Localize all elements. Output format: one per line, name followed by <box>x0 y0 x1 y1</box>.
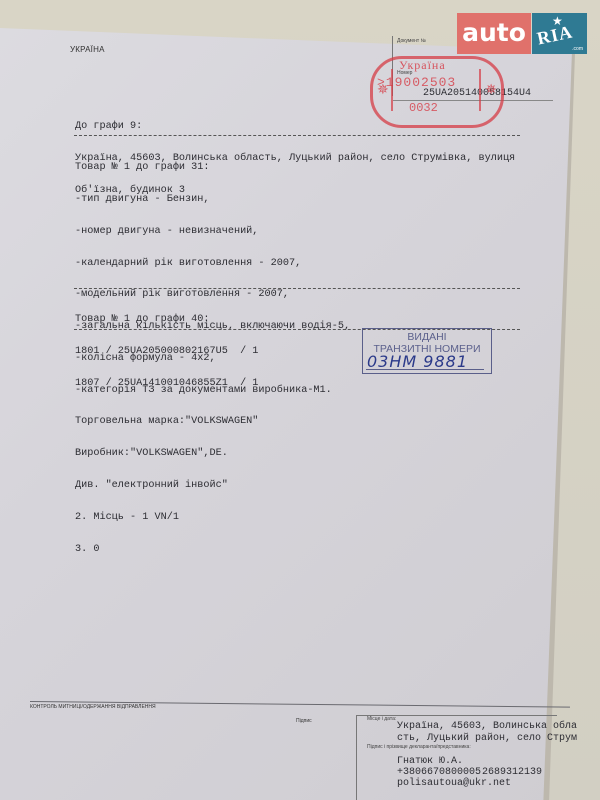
text-line: 2. Місць - 1 VN/1 <box>75 513 350 524</box>
text-line: 3. 0 <box>75 545 350 556</box>
text-line: -номер двигуна - невизначений, <box>75 227 350 238</box>
trident-icon: ✵ <box>485 81 497 98</box>
text-line: -тип двигуна - Бензин, <box>75 195 350 206</box>
underline <box>366 369 484 370</box>
text-line: 1807 / 25UA141001046855Z1 / 1 <box>75 379 258 390</box>
section-heading: До графи 9: <box>75 122 515 133</box>
stamp-code-value: 19002503 <box>386 75 456 90</box>
dashed-divider <box>74 135 520 136</box>
address-line: Україна, 45603, Волинська обла <box>397 721 577 732</box>
section-heading: Товар № 1 до графи 31: <box>75 163 350 174</box>
signature-label: Підпис <box>296 718 312 724</box>
place-date-label: Місце і дата: <box>367 716 396 722</box>
transit-numbers-stamp: ВИДАНІ ТРАНЗИТНІ НОМЕРИ 03НМ 9881 <box>362 328 492 374</box>
customs-control-label: КОНТРОЛЬ МИТНИЦІ/ОДЕРЖАННЯ ВІДПРАВЛЕННЯ <box>30 704 156 710</box>
declarant-box: Місце і дата: Україна, 45603, Волинська … <box>356 715 557 800</box>
stamp-title: Україна <box>399 58 446 73</box>
text-line: -календарний рік виготовлення - 2007, <box>75 259 350 270</box>
country-heading: УКРАЇНА <box>70 45 105 54</box>
declarant-label: Підпис і прізвище декларанта/представник… <box>367 744 471 750</box>
text-line: Виробник:"VOLKSWAGEN",DE. <box>75 449 350 460</box>
declarant-phone: +3806670800005 <box>397 767 481 778</box>
address-line: сть, Луцький район, село Струм <box>397 733 577 744</box>
declarant-email: polisautoua@ukr.net <box>397 778 511 789</box>
text-line: Див. "електронний інвойс" <box>75 481 350 492</box>
text-line: Торговельна марка:"VOLKSWAGEN" <box>75 417 350 428</box>
logo-com-text: .com <box>572 46 583 52</box>
text-line: 1801 / 25UA205000802167U5 / 1 <box>75 347 258 358</box>
dashed-divider <box>74 288 520 289</box>
transit-stamp-line1: ВИДАНІ <box>363 331 491 343</box>
section-heading: Товар № 1 до графи 40: <box>75 315 258 326</box>
declarant-tax-id: 2689312139 <box>482 767 542 778</box>
section-grafa-40: Товар № 1 до графи 40: 1801 / 25UA205000… <box>75 294 258 400</box>
declarant-name: Гнатюк Ю.А. <box>397 756 463 767</box>
document-number-label: Документ № <box>397 38 426 44</box>
stamp-code: >19002503 <box>377 75 456 90</box>
